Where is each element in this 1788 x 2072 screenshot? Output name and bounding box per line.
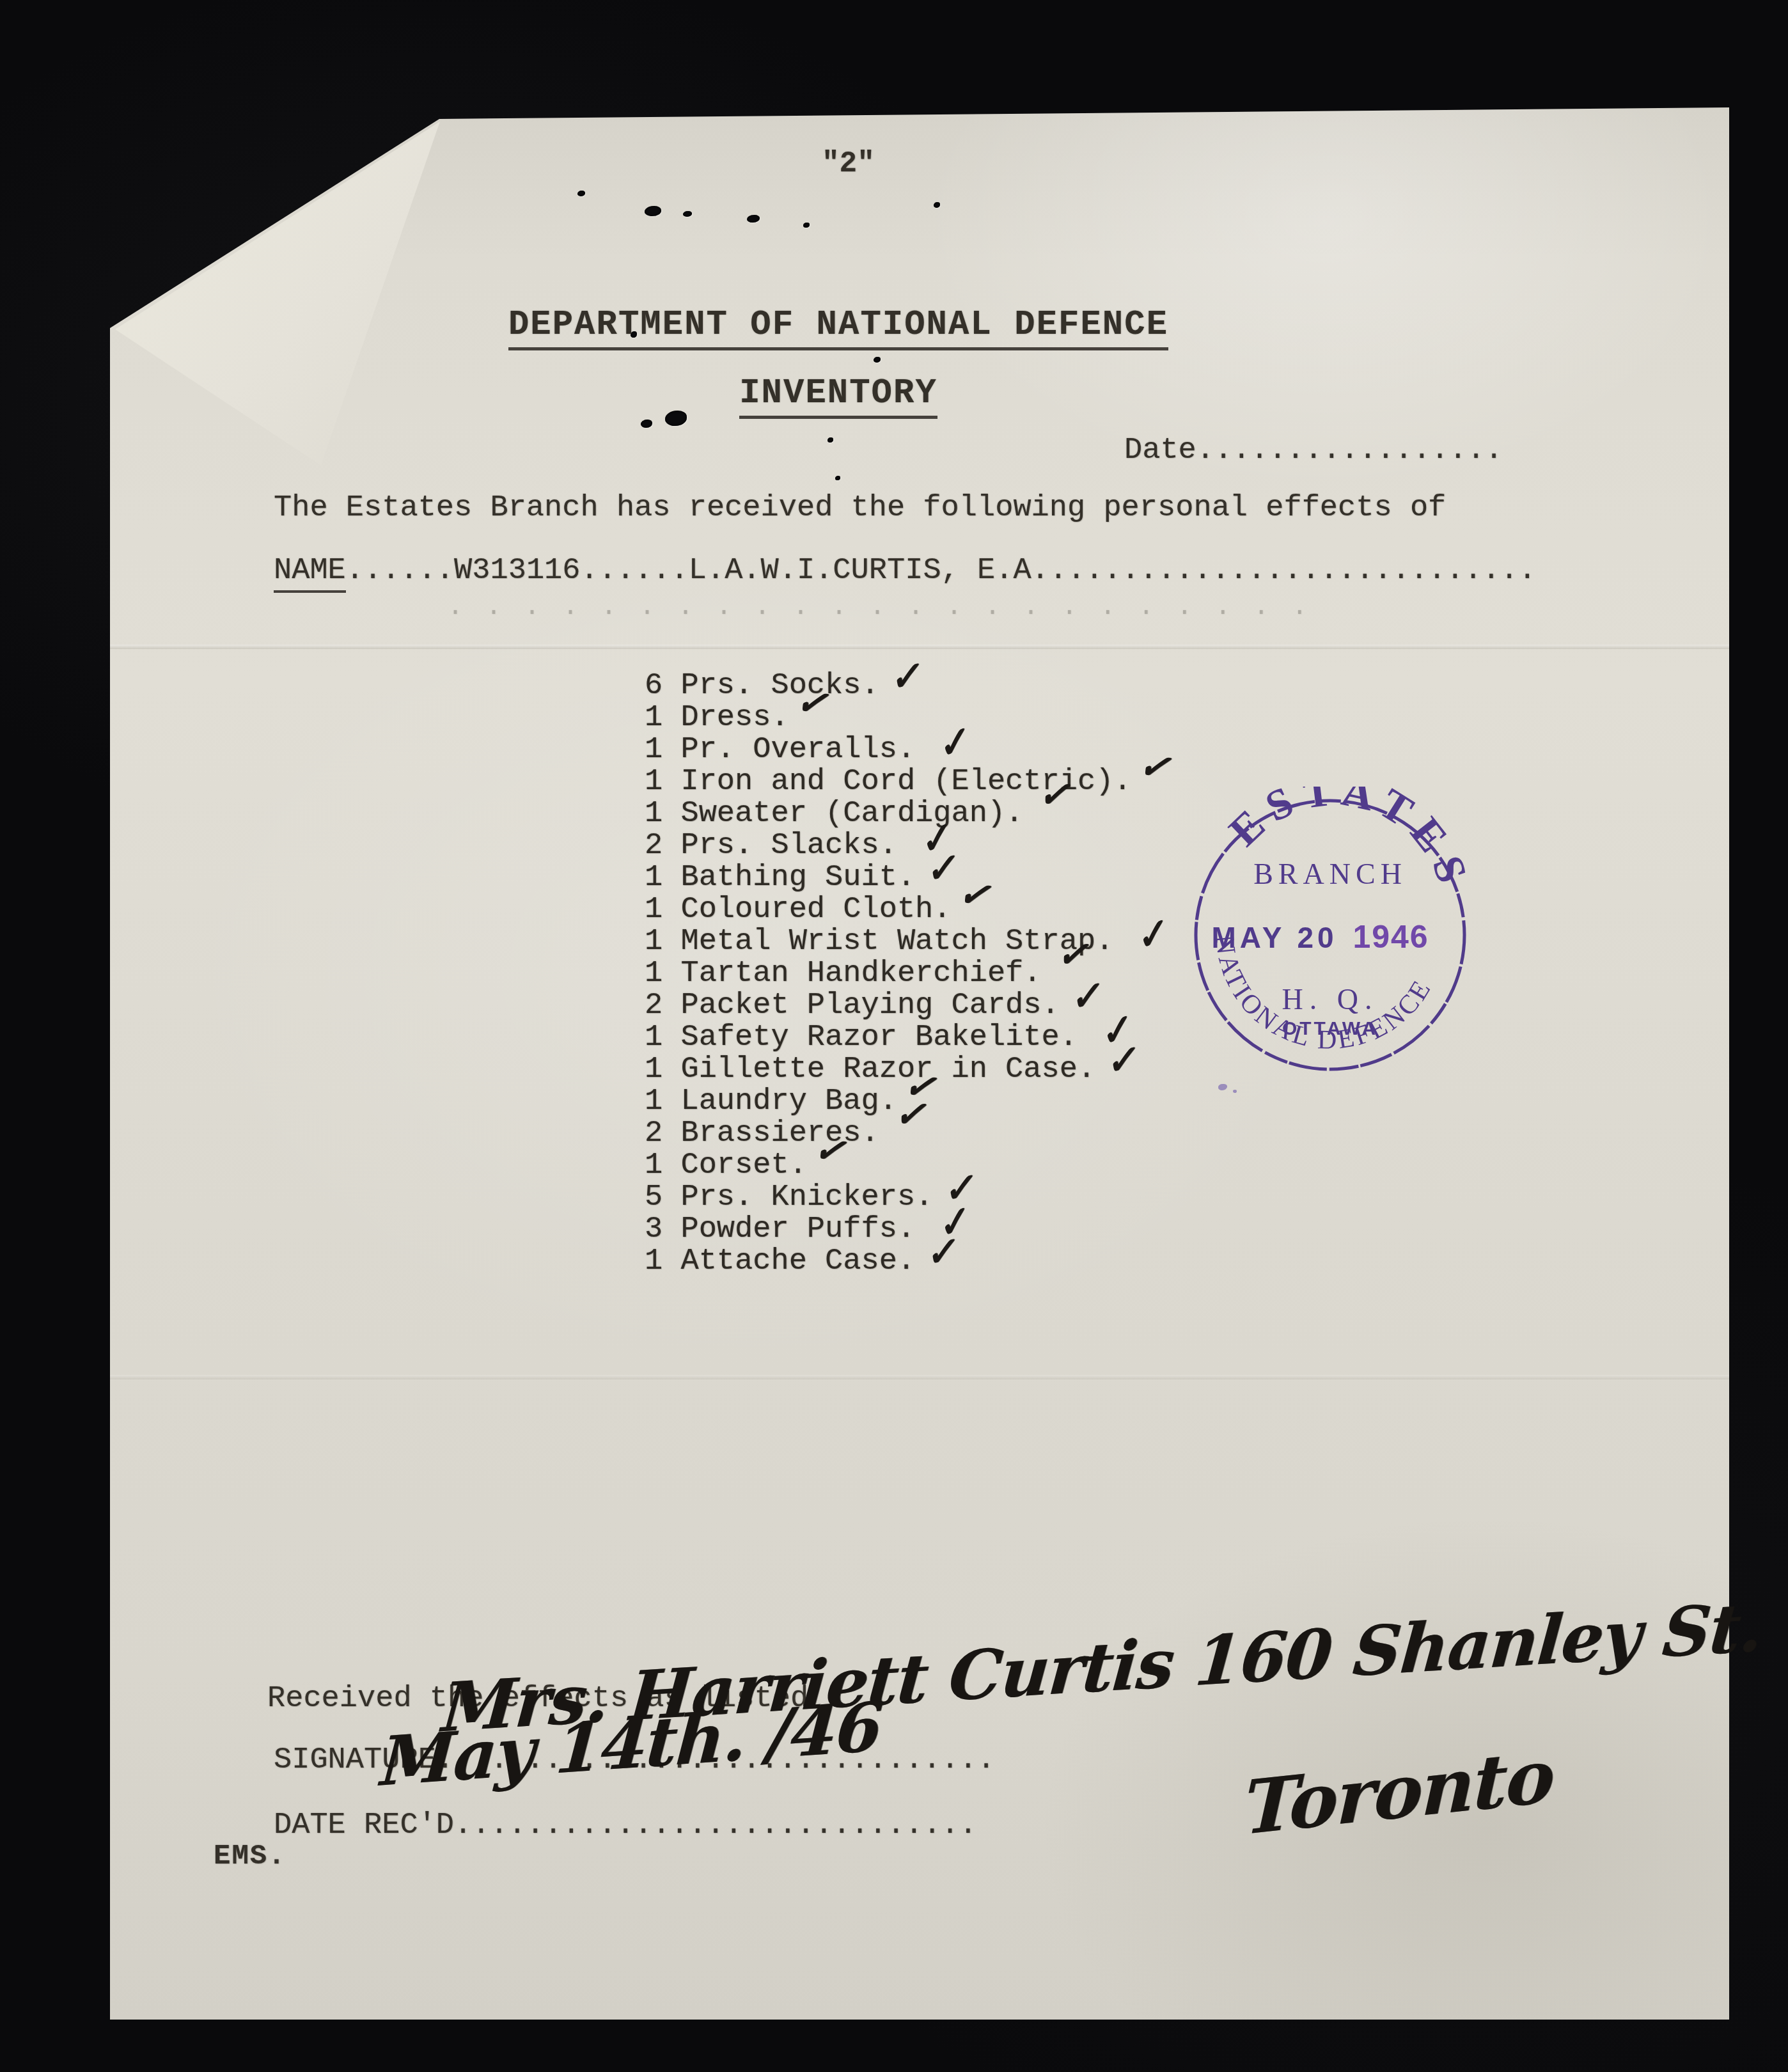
stamp-city-text: OTTAWA: [1282, 1018, 1378, 1039]
clerk-initials: EMS.: [214, 1840, 286, 1872]
carbon-ghost-dots: . . . . . . . . . . . . . . . . . . . . …: [448, 593, 1311, 622]
date-received-dotted-line: ............................: [472, 1809, 977, 1842]
scanned-document-scene: "2" DEPARTMENT OF NATIONAL DEFENCE INVEN…: [0, 0, 1788, 2072]
item-checkmark: ✓: [922, 845, 959, 892]
service-number: W313116.: [454, 554, 599, 588]
inventory-item: 1 Pr. Overalls.✓: [645, 723, 1168, 755]
document-title-block: DEPARTMENT OF NATIONAL DEFENCE: [487, 306, 1190, 350]
item-checkmark: ✓: [893, 1091, 927, 1136]
stamp-date-year: 1946: [1353, 919, 1429, 955]
document-subtitle: INVENTORY: [739, 374, 937, 419]
item-checkmark: ✓: [886, 653, 923, 700]
inventory-item: 1 Metal Wrist Watch Strap.✓: [645, 914, 1168, 946]
name-dots: ...........................: [1049, 554, 1537, 588]
page-number: "2": [822, 147, 875, 180]
item-checkmark: ✓: [1102, 1037, 1140, 1084]
inventory-item: 2 Packet Playing Cards.✓: [645, 978, 1168, 1010]
document-title: DEPARTMENT OF NATIONAL DEFENCE: [508, 306, 1168, 350]
date-dotted-line: .................: [1196, 434, 1503, 467]
intro-line: The Estates Branch has received the foll…: [274, 491, 1446, 525]
date-received-line: DATE REC'D.............................: [274, 1809, 977, 1842]
name-value: L.A.W.I.CURTIS, E.A.: [689, 554, 1049, 588]
inventory-list: 6 Prs. Socks.✓1 Dress.✓1 Pr. Overalls.✓1…: [645, 659, 1168, 1266]
inventory-item: 1 Coloured Cloth.✓: [645, 883, 1168, 914]
item-checkmark: ✓: [922, 1228, 959, 1276]
inventory-item: 3 Powder Puffs.✓: [645, 1202, 1168, 1234]
date-label: Date: [1124, 434, 1196, 467]
estates-branch-stamp: ESTATES NATIONAL DEFENCE BRANCH MAY 20 1…: [1180, 787, 1480, 1087]
name-dots: .....: [599, 554, 689, 588]
paper-crease: [110, 645, 1729, 649]
item-checkmark: ✓: [810, 1126, 849, 1174]
name-line: NAME......W313116......L.A.W.I.CURTIS, E…: [274, 554, 1536, 588]
stamp-branch-text: BRANCH: [1253, 858, 1407, 890]
inventory-item: 1 Attache Case.✓: [645, 1234, 1168, 1266]
item-checkmark: ✓: [1037, 771, 1071, 817]
date-received-label: DATE REC'D.: [274, 1809, 472, 1842]
inventory-item: 2 Brassieres.✓: [645, 1106, 1168, 1138]
paper-crease: [110, 1375, 1729, 1379]
name-label: NAME: [274, 554, 346, 593]
inventory-item: 1 Bathing Suit.✓: [645, 851, 1168, 883]
inventory-item: 1 Iron and Cord (Electric).✓: [645, 755, 1168, 787]
stamp-date-monthday: MAY 20: [1211, 921, 1337, 954]
name-dots: ......: [346, 554, 454, 588]
item-description: Attache Case.: [680, 1244, 915, 1278]
inventory-item: 5 Prs. Knickers.✓: [645, 1170, 1168, 1202]
inventory-item: 6 Prs. Socks.✓: [645, 659, 1168, 691]
item-quantity: 1: [645, 1244, 663, 1278]
item-checkmark: ✓: [1055, 931, 1089, 977]
stamp-hq-text: H. Q.: [1282, 983, 1379, 1016]
inventory-item: 2 Prs. Slacks.✓: [645, 819, 1168, 851]
date-line: Date.................: [1124, 434, 1503, 467]
document-subtitle-block: INVENTORY: [487, 374, 1190, 419]
inventory-item: 1 Corset.✓: [645, 1138, 1168, 1170]
